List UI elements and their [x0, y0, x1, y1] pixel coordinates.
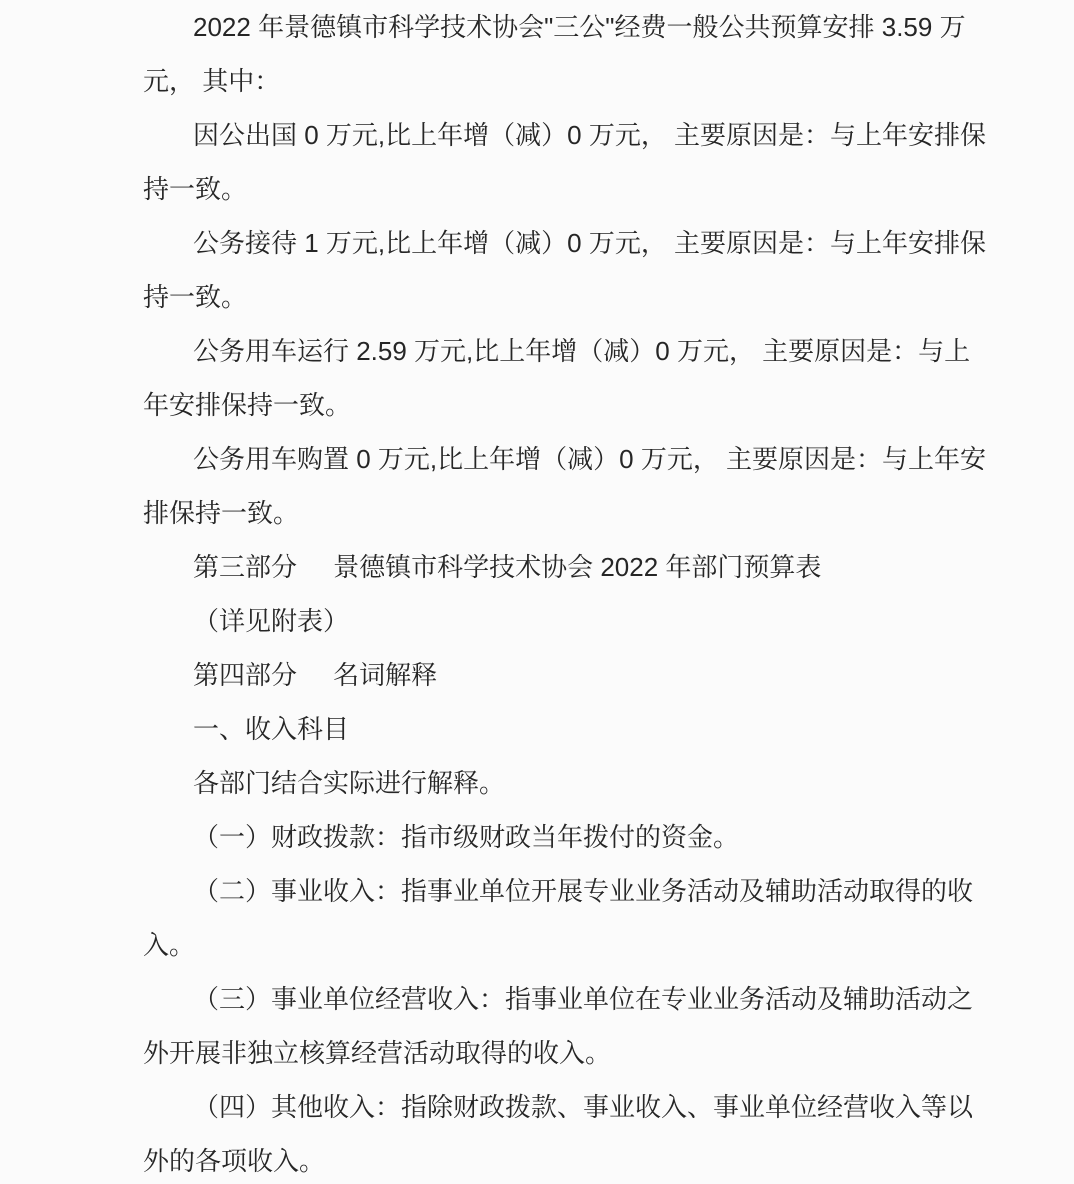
- body-paragraph: 公务用车运行 2.59 万元,比上年增（减）0 万元， 主要原因是：与上年安排保…: [143, 324, 974, 432]
- text-line: 年安排保持一致。: [143, 378, 974, 432]
- body-paragraph: （三）事业单位经营收入：指事业单位在专业业务活动及辅助活动之外开展非独立核算经营…: [143, 972, 974, 1080]
- text-line: 2022 年景德镇市科学技术协会"三公"经费一般公共预算安排 3.59 万: [143, 0, 974, 54]
- subsection-heading: 一、收入科目: [143, 702, 974, 756]
- body-paragraph: （一）财政拨款：指市级财政当年拨付的资金。: [143, 810, 974, 864]
- section-3-heading: 第三部分 景德镇市科学技术协会 2022 年部门预算表: [143, 540, 974, 594]
- text-line: 公务接待 1 万元,比上年增（减）0 万元， 主要原因是：与上年安排保: [143, 216, 974, 270]
- text-line: （详见附表）: [143, 594, 974, 648]
- body-paragraph: 各部门结合实际进行解释。: [143, 756, 974, 810]
- text-line: （四）其他收入：指除财政拨款、事业收入、事业单位经营收入等以: [143, 1080, 974, 1134]
- text-line: 排保持一致。: [143, 486, 974, 540]
- body-paragraph: 因公出国 0 万元,比上年增（减）0 万元， 主要原因是：与上年安排保持一致。: [143, 108, 974, 216]
- text-line: 入。: [143, 918, 974, 972]
- text-line: （一）财政拨款：指市级财政当年拨付的资金。: [143, 810, 974, 864]
- text-line: （三）事业单位经营收入：指事业单位在专业业务活动及辅助活动之: [143, 972, 974, 1026]
- body-paragraph: 公务接待 1 万元,比上年增（减）0 万元， 主要原因是：与上年安排保持一致。: [143, 216, 974, 324]
- body-paragraph: （详见附表）: [143, 594, 974, 648]
- text-line: 公务用车运行 2.59 万元,比上年增（减）0 万元， 主要原因是：与上: [143, 324, 974, 378]
- text-line: 持一致。: [143, 270, 974, 324]
- body-paragraph: （二）事业收入：指事业单位开展专业业务活动及辅助活动取得的收入。: [143, 864, 974, 972]
- text-line: 公务用车购置 0 万元,比上年增（减）0 万元， 主要原因是：与上年安: [143, 432, 974, 486]
- section-heading: 第四部分 名词解释: [143, 648, 974, 702]
- text-line: （二）事业收入：指事业单位开展专业业务活动及辅助活动取得的收: [143, 864, 974, 918]
- subsection-heading: 一、收入科目: [143, 702, 974, 756]
- text-line: 外的各项收入。: [143, 1134, 974, 1184]
- document-page: 2022 年景德镇市科学技术协会"三公"经费一般公共预算安排 3.59 万元， …: [0, 0, 1074, 1184]
- body-paragraph: （四）其他收入：指除财政拨款、事业收入、事业单位经营收入等以外的各项收入。: [143, 1080, 974, 1184]
- text-line: 持一致。: [143, 162, 974, 216]
- text-line: 外开展非独立核算经营活动取得的收入。: [143, 1026, 974, 1080]
- body-paragraph: 公务用车购置 0 万元,比上年增（减）0 万元， 主要原因是：与上年安排保持一致…: [143, 432, 974, 540]
- document-body: 2022 年景德镇市科学技术协会"三公"经费一般公共预算安排 3.59 万元， …: [143, 0, 974, 1184]
- section-heading: 第三部分 景德镇市科学技术协会 2022 年部门预算表: [143, 540, 974, 594]
- text-line: 因公出国 0 万元,比上年增（减）0 万元， 主要原因是：与上年安排保: [143, 108, 974, 162]
- text-line: 元， 其中：: [143, 54, 974, 108]
- body-paragraph: 2022 年景德镇市科学技术协会"三公"经费一般公共预算安排 3.59 万元， …: [143, 0, 974, 108]
- section-4-heading: 第四部分 名词解释: [143, 648, 974, 702]
- text-line: 各部门结合实际进行解释。: [143, 756, 974, 810]
